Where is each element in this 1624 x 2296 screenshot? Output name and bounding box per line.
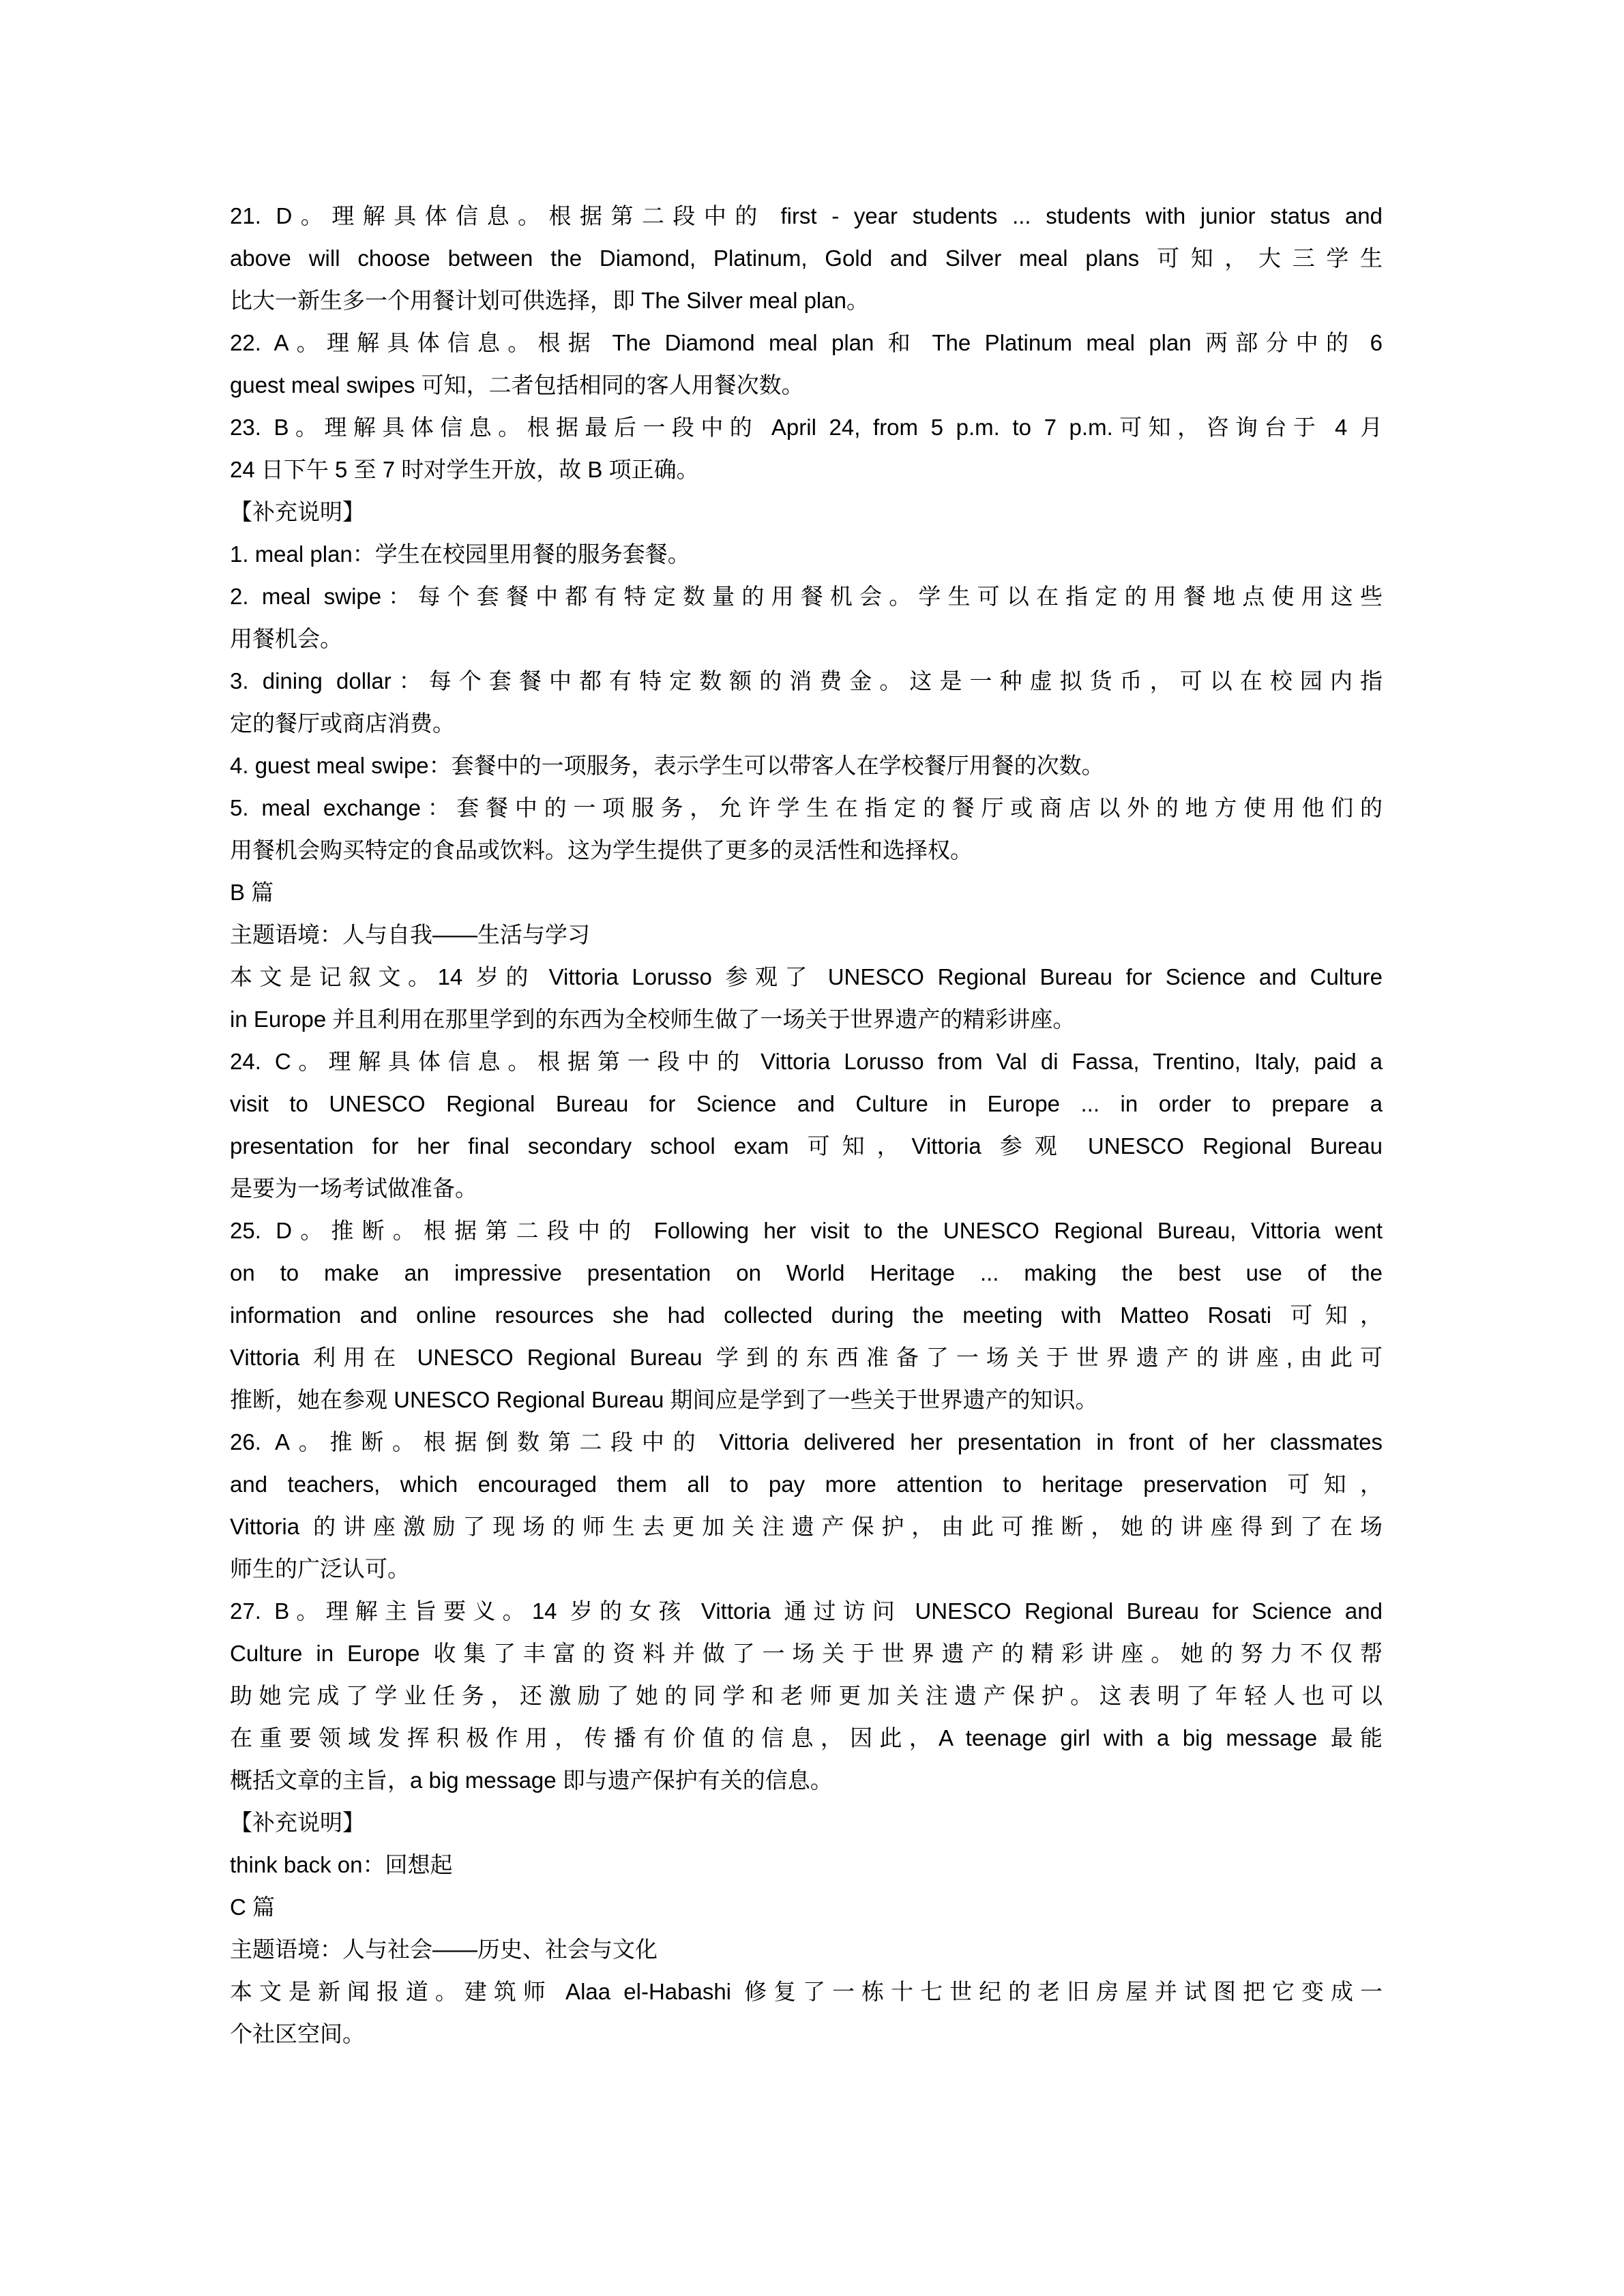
section-b-heading: B 篇	[230, 871, 1383, 914]
text-line: 定的餐厅或商店消费。	[230, 702, 1383, 745]
text-line: 用餐机会购买特定的食品或饮料。这为学生提供了更多的灵活性和选择权。	[230, 829, 1383, 871]
theme-context-b: 主题语境：人与自我——生活与学习	[230, 914, 1383, 956]
text-line: 在重要领域发挥积极作用，传播有价值的信息，因此，A teenage girl w…	[230, 1717, 1383, 1759]
text-line: think back on：回想起	[230, 1844, 1383, 1886]
text-line: 概括文章的主旨，a big message 即与遗产保护有关的信息。	[230, 1759, 1383, 1802]
note-dining-dollar: 3. dining dollar：每个套餐中都有特定数额的消费金。这是一种虚拟货…	[230, 660, 1383, 745]
text-line: 23. B。理解具体信息。根据最后一段中的 April 24, from 5 p…	[230, 406, 1383, 449]
text-line: guest meal swipes 可知，二者包括相同的客人用餐次数。	[230, 364, 1383, 406]
text-line: 22. A。理解具体信息。根据 The Diamond meal plan 和 …	[230, 322, 1383, 364]
note-meal-swipe: 2. meal swipe：每个套餐中都有特定数量的用餐机会。学生可以在指定的用…	[230, 576, 1383, 660]
text-line: B 篇	[230, 871, 1383, 914]
text-line: 1. meal plan：学生在校园里用餐的服务套餐。	[230, 533, 1383, 576]
text-line: C 篇	[230, 1886, 1383, 1928]
text-line: 4. guest meal swipe：套餐中的一项服务，表示学生可以带客人在学…	[230, 745, 1383, 787]
passage-summary-c: 本文是新闻报道。建筑师 Alaa el-Habashi 修复了一栋十七世纪的老旧…	[230, 1971, 1383, 2055]
text-line: and teachers, which encouraged them all …	[230, 1463, 1383, 1506]
note-meal-exchange: 5. meal exchange：套餐中的一项服务，允许学生在指定的餐厅或商店以…	[230, 787, 1383, 871]
text-line: information and online resources she had…	[230, 1294, 1383, 1337]
text-line: 24 日下午 5 至 7 时对学生开放，故 B 项正确。	[230, 449, 1383, 491]
text-line: 2. meal swipe：每个套餐中都有特定数量的用餐机会。学生可以在指定的用…	[230, 576, 1383, 618]
note-guest-meal-swipe: 4. guest meal swipe：套餐中的一项服务，表示学生可以带客人在学…	[230, 745, 1383, 787]
text-line: above will choose between the Diamond, P…	[230, 237, 1383, 280]
text-line: 比大一新生多一个用餐计划可供选择，即 The Silver meal plan。	[230, 280, 1383, 322]
text-line: 24. C。理解具体信息。根据第一段中的 Vittoria Lorusso fr…	[230, 1041, 1383, 1083]
note-meal-plan: 1. meal plan：学生在校园里用餐的服务套餐。	[230, 533, 1383, 576]
document-page: 21. D。理解具体信息。根据第二段中的 first - year studen…	[0, 0, 1624, 2296]
note-think-back-on: think back on：回想起	[230, 1844, 1383, 1886]
theme-context-c: 主题语境：人与社会——历史、社会与文化	[230, 1928, 1383, 1971]
answer-24: 24. C。理解具体信息。根据第一段中的 Vittoria Lorusso fr…	[230, 1041, 1383, 1210]
text-line: presentation for her final secondary sch…	[230, 1125, 1383, 1167]
text-line: on to make an impressive presentation on…	[230, 1252, 1383, 1294]
text-line: 27. B。理解主旨要义。14 岁的女孩 Vittoria 通过访问 UNESC…	[230, 1590, 1383, 1632]
text-line: Vittoria 利用在 UNESCO Regional Bureau 学到的东…	[230, 1337, 1383, 1379]
text-line: 是要为一场考试做准备。	[230, 1167, 1383, 1210]
text-line: Culture in Europe 收集了丰富的资料并做了一场关于世界遗产的精彩…	[230, 1632, 1383, 1675]
text-line: 师生的广泛认可。	[230, 1548, 1383, 1590]
text-line: 本文是新闻报道。建筑师 Alaa el-Habashi 修复了一栋十七世纪的老旧…	[230, 1971, 1383, 2013]
section-c-heading: C 篇	[230, 1886, 1383, 1928]
text-line: in Europe 并且利用在那里学到的东西为全校师生做了一场关于世界遗产的精彩…	[230, 998, 1383, 1041]
text-line: 3. dining dollar：每个套餐中都有特定数额的消费金。这是一种虚拟货…	[230, 660, 1383, 702]
text-line: 26. A。推断。根据倒数第二段中的 Vittoria delivered he…	[230, 1421, 1383, 1463]
text-line: Vittoria 的讲座激励了现场的师生去更加关注遗产保护，由此可推断，她的讲座…	[230, 1506, 1383, 1548]
answer-26: 26. A。推断。根据倒数第二段中的 Vittoria delivered he…	[230, 1421, 1383, 1590]
answer-22: 22. A。理解具体信息。根据 The Diamond meal plan 和 …	[230, 322, 1383, 406]
text-line: 本文是记叙文。14 岁的 Vittoria Lorusso 参观了 UNESCO…	[230, 956, 1383, 998]
text-line: 25. D。推断。根据第二段中的 Following her visit to …	[230, 1210, 1383, 1252]
text-line: 【补充说明】	[230, 491, 1383, 533]
document-body: 21. D。理解具体信息。根据第二段中的 first - year studen…	[230, 195, 1383, 2055]
supplement-heading-a: 【补充说明】	[230, 491, 1383, 533]
text-line: 5. meal exchange：套餐中的一项服务，允许学生在指定的餐厅或商店以…	[230, 787, 1383, 829]
passage-summary-b: 本文是记叙文。14 岁的 Vittoria Lorusso 参观了 UNESCO…	[230, 956, 1383, 1041]
answer-25: 25. D。推断。根据第二段中的 Following her visit to …	[230, 1210, 1383, 1421]
text-line: 推断，她在参观 UNESCO Regional Bureau 期间应是学到了一些…	[230, 1379, 1383, 1421]
text-line: 个社区空间。	[230, 2013, 1383, 2055]
text-line: visit to UNESCO Regional Bureau for Scie…	[230, 1083, 1383, 1125]
answer-27: 27. B。理解主旨要义。14 岁的女孩 Vittoria 通过访问 UNESC…	[230, 1590, 1383, 1802]
text-line: 21. D。理解具体信息。根据第二段中的 first - year studen…	[230, 195, 1383, 237]
text-line: 主题语境：人与自我——生活与学习	[230, 914, 1383, 956]
answer-23: 23. B。理解具体信息。根据最后一段中的 April 24, from 5 p…	[230, 406, 1383, 491]
answer-21: 21. D。理解具体信息。根据第二段中的 first - year studen…	[230, 195, 1383, 322]
supplement-heading-b: 【补充说明】	[230, 1802, 1383, 1844]
text-line: 助她完成了学业任务，还激励了她的同学和老师更加关注遗产保护。这表明了年轻人也可以	[230, 1675, 1383, 1717]
text-line: 【补充说明】	[230, 1802, 1383, 1844]
text-line: 用餐机会。	[230, 618, 1383, 660]
text-line: 主题语境：人与社会——历史、社会与文化	[230, 1928, 1383, 1971]
